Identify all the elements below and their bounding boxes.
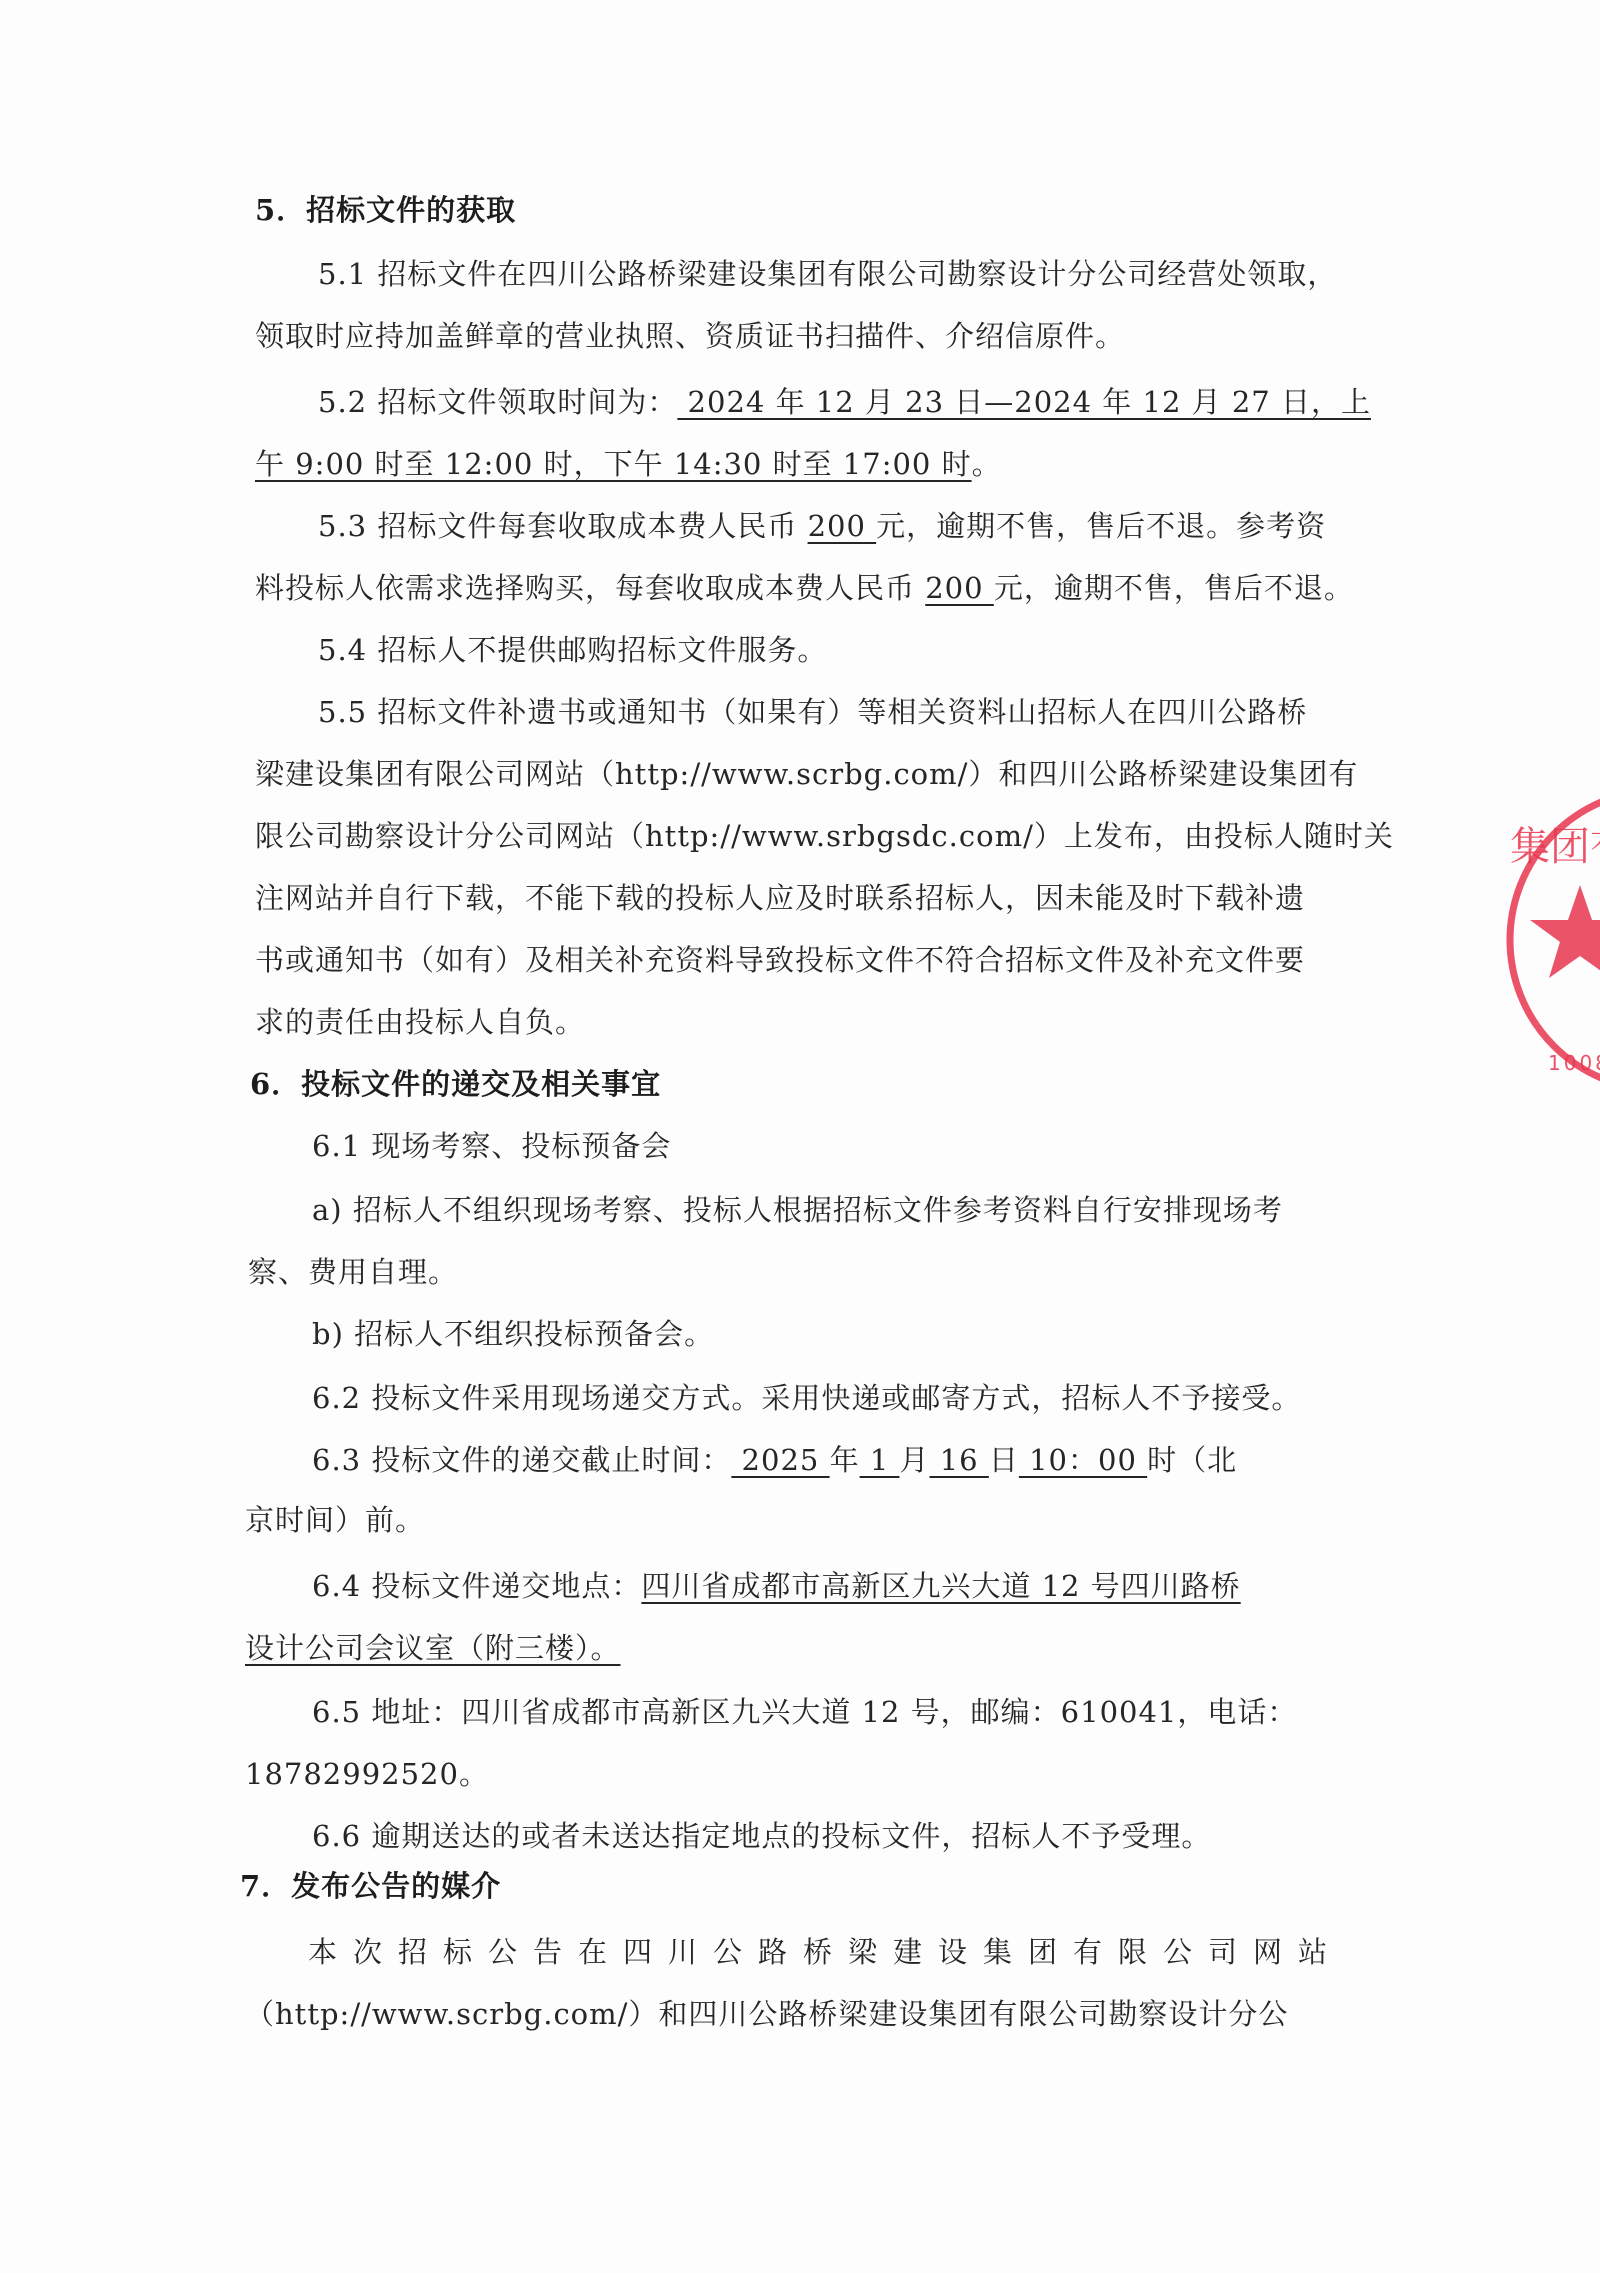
para-6-6: 6.6 逾期送达的或者未送达指定地点的投标文件，招标人不予受理。 bbox=[312, 1816, 1211, 1856]
para-6-5-line-2: 18782992520。 bbox=[245, 1754, 489, 1794]
para-6-1-a-line-1: a) 招标人不组织现场考察、投标人根据招标文件参考资料自行安排现场考 bbox=[312, 1190, 1283, 1230]
year-label: 年 bbox=[830, 1443, 860, 1477]
para-5-2-prefix: 5.2 招标文件领取时间为： bbox=[318, 385, 677, 419]
para-7-line-2: （http://www.scrbg.com/）和四川公路桥梁建设集团有限公司勘察… bbox=[245, 1994, 1288, 2034]
seal-number: 1008226 bbox=[1548, 1051, 1600, 1075]
seal-text: 集团有限 bbox=[1510, 824, 1600, 870]
para-5-4: 5.4 招标人不提供邮购招标文件服务。 bbox=[318, 630, 827, 670]
para-5-3-text-d: 元，逾期不售，售后不退。 bbox=[994, 571, 1354, 605]
section-7-heading: 7．发布公告的媒介 bbox=[240, 1866, 501, 1906]
para-5-5-line-3: 限公司勘察设计分公司网站（http://www.srbgsdc.com/）上发布… bbox=[255, 816, 1394, 856]
day-label: 日 bbox=[989, 1443, 1019, 1477]
para-5-3-text-c: 料投标人依需求选择购买，每套收取成本费人民币 bbox=[255, 571, 925, 605]
submission-location-cont: 设计公司会议室（附三楼）。 bbox=[245, 1631, 621, 1665]
para-6-3-tail: 时（北 bbox=[1147, 1443, 1237, 1477]
fee-amount-2: 200 bbox=[925, 571, 994, 605]
month-label: 月 bbox=[900, 1443, 930, 1477]
para-6-1: 6.1 现场考察、投标预备会 bbox=[312, 1126, 671, 1166]
deadline-month: 1 bbox=[860, 1443, 900, 1477]
pickup-dates: 2024 年 12 月 23 日—2024 年 12 月 27 日，上 bbox=[677, 385, 1371, 419]
deadline-year: 2025 bbox=[731, 1443, 829, 1477]
para-5-2-line-1: 5.2 招标文件领取时间为： 2024 年 12 月 23 日—2024 年 1… bbox=[318, 382, 1371, 422]
para-6-3-prefix: 6.3 投标文件的递交截止时间： bbox=[312, 1443, 731, 1477]
para-5-5-line-6: 求的责任由投标人自负。 bbox=[255, 1002, 585, 1042]
seal-icon: 集团有限 1008226 bbox=[1500, 780, 1600, 1100]
para-5-1-line-2: 领取时应持加盖鲜章的营业执照、资质证书扫描件、介绍信原件。 bbox=[255, 316, 1125, 356]
submission-location: 四川省成都市高新区九兴大道 12 号四川路桥 bbox=[641, 1569, 1240, 1603]
deadline-time: 10：00 bbox=[1019, 1443, 1147, 1477]
document-page: 5．招标文件的获取 5.1 招标文件在四川公路桥梁建设集团有限公司勘察设计分公司… bbox=[0, 0, 1600, 2273]
para-6-3-line-1: 6.3 投标文件的递交截止时间： 2025 年 1 月 16 日 10：00 时… bbox=[312, 1440, 1237, 1480]
para-5-2-line-2: 午 9:00 时至 12:00 时，下午 14:30 时至 17:00 时。 bbox=[255, 444, 1002, 484]
para-5-5-line-4: 注网站并自行下载，不能下载的投标人应及时联系招标人，因未能及时下载补遗 bbox=[255, 878, 1305, 918]
fee-amount-1: 200 bbox=[808, 509, 877, 543]
para-5-3-text-a: 5.3 招标文件每套收取成本费人民币 bbox=[318, 509, 808, 543]
para-5-3-text-b: 元，逾期不售，售后不退。参考资 bbox=[876, 509, 1326, 543]
para-6-4-line-1: 6.4 投标文件递交地点：四川省成都市高新区九兴大道 12 号四川路桥 bbox=[312, 1566, 1241, 1606]
para-5-3-line-1: 5.3 招标文件每套收取成本费人民币 200 元，逾期不售，售后不退。参考资 bbox=[318, 506, 1326, 546]
para-5-5-line-1: 5.5 招标文件补遗书或通知书（如果有）等相关资料山招标人在四川公路桥 bbox=[318, 692, 1307, 732]
section-6-heading: 6．投标文件的递交及相关事宜 bbox=[250, 1064, 661, 1104]
para-6-4-prefix: 6.4 投标文件递交地点： bbox=[312, 1569, 641, 1603]
period: 。 bbox=[972, 447, 1002, 481]
para-6-3-line-2: 京时间）前。 bbox=[245, 1500, 425, 1540]
para-5-1-line-1: 5.1 招标文件在四川公路桥梁建设集团有限公司勘察设计分公司经营处领取， bbox=[318, 254, 1337, 294]
para-6-5-line-1: 6.5 地址：四川省成都市高新区九兴大道 12 号，邮编：610041，电话： bbox=[312, 1692, 1297, 1732]
section-5-heading: 5．招标文件的获取 bbox=[255, 190, 516, 230]
pickup-hours: 午 9:00 时至 12:00 时，下午 14:30 时至 17:00 时 bbox=[255, 447, 972, 481]
para-6-4-line-2: 设计公司会议室（附三楼）。 bbox=[245, 1628, 621, 1668]
para-6-2: 6.2 投标文件采用现场递交方式。采用快递或邮寄方式，招标人不予接受。 bbox=[312, 1378, 1301, 1418]
para-7-line-1: 本次招标公告在四川公路桥梁建设集团有限公司网站 bbox=[308, 1932, 1343, 1972]
company-seal: 集团有限 1008226 bbox=[1500, 780, 1600, 1100]
para-5-5-line-5: 书或通知书（如有）及相关补充资料导致投标文件不符合招标文件及补充文件要 bbox=[255, 940, 1305, 980]
para-5-3-line-2: 料投标人依需求选择购买，每套收取成本费人民币 200 元，逾期不售，售后不退。 bbox=[255, 568, 1354, 608]
para-6-1-b: b) 招标人不组织投标预备会。 bbox=[312, 1314, 714, 1354]
deadline-day: 16 bbox=[930, 1443, 989, 1477]
para-6-1-a-line-2: 察、费用自理。 bbox=[248, 1252, 458, 1292]
para-5-5-line-2: 梁建设集团有限公司网站（http://www.scrbg.com/）和四川公路桥… bbox=[255, 754, 1358, 794]
